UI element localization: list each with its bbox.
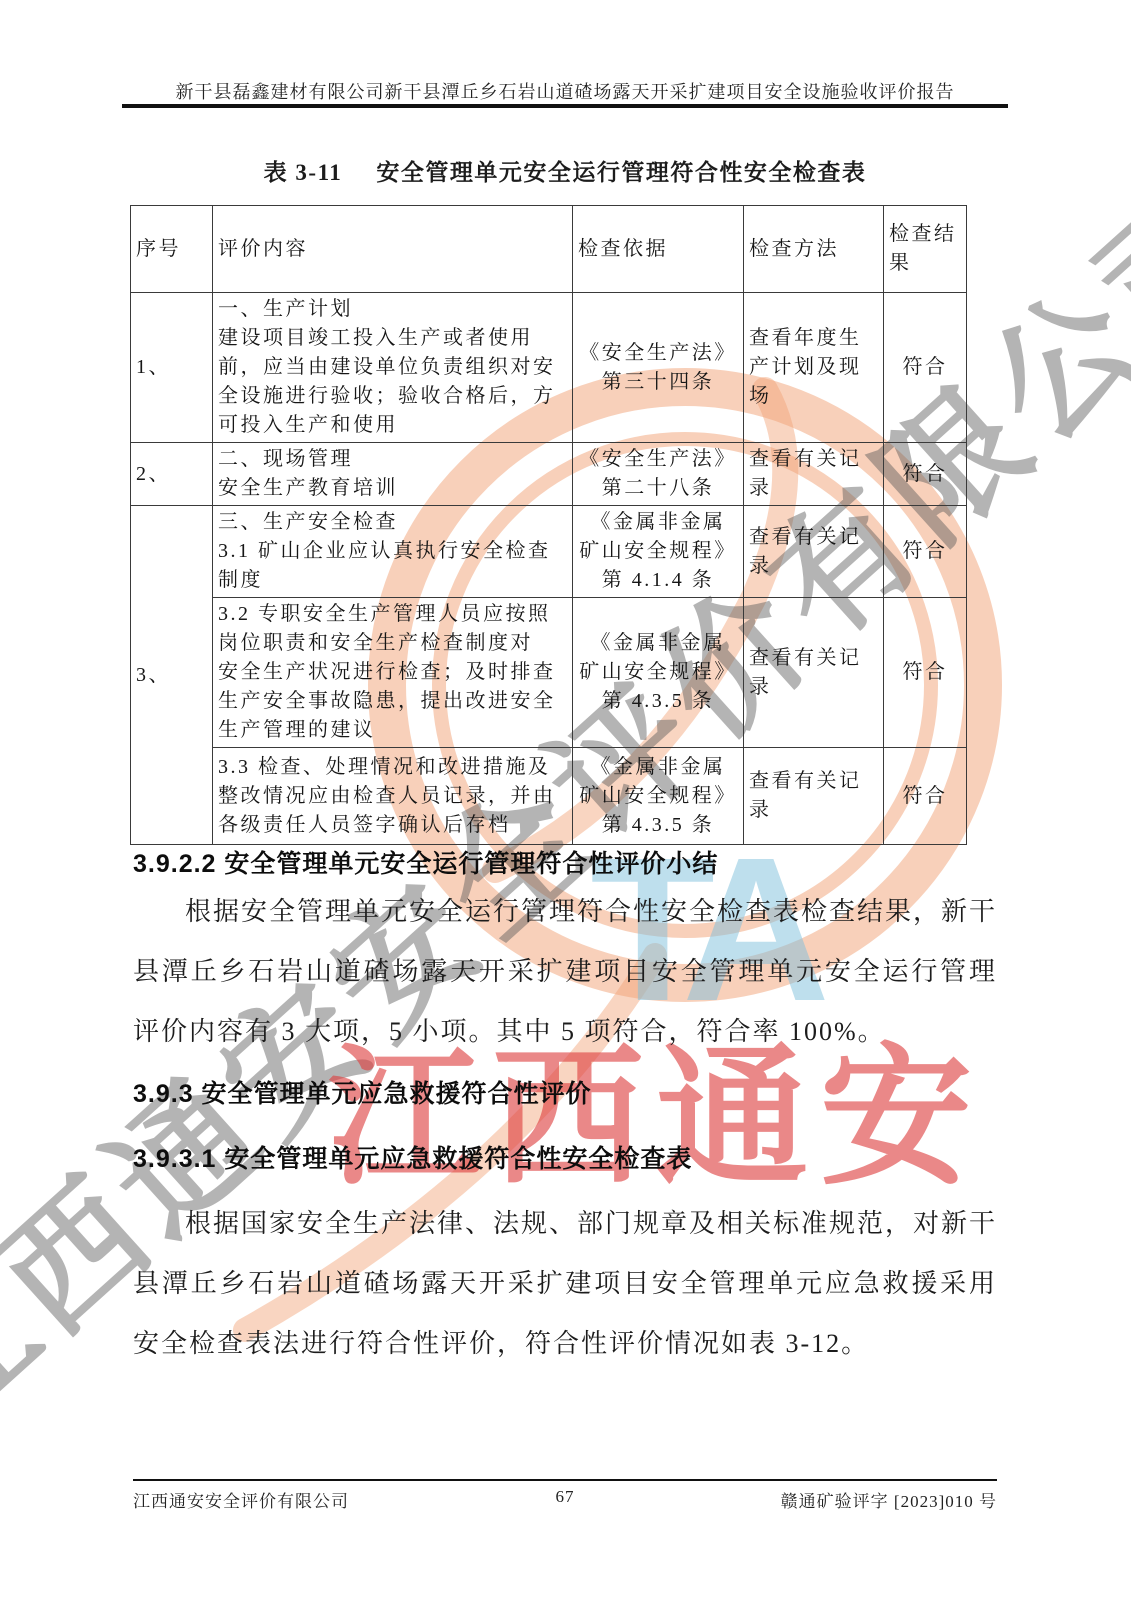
table-row: 3、三、生产安全检查 3.1 矿山企业应认真执行安全检查 制度《金属非金属 矿山… [131, 506, 967, 598]
header-row: 序号评价内容检查依据检查方法检查结果 [131, 206, 967, 293]
paragraph-line: 县潭丘乡石岩山道碴场露天开采扩建项目安全管理单元安全运行管理 [133, 942, 997, 1002]
section-heading-3-9-2-2: 3.9.2.2 安全管理单元安全运行管理符合性评价小结 [133, 844, 1013, 880]
summary-paragraph: 根据安全管理单元安全运行管理符合性安全检查表检查结果，新干县潭丘乡石岩山道碴场露… [133, 882, 997, 1062]
column-header: 检查依据 [573, 206, 744, 293]
column-header: 检查结果 [884, 206, 967, 293]
header-rule [122, 104, 1008, 109]
cell-result: 符合 [884, 506, 967, 598]
cell-serial: 1、 [131, 293, 213, 443]
paragraph-line: 评价内容有 3 大项，5 小项。其中 5 项符合，符合率 100%。 [133, 1002, 997, 1062]
cell-method: 查看有关记 录 [744, 748, 884, 845]
intro-paragraph: 根据国家安全生产法律、法规、部门规章及相关标准规范，对新干县潭丘乡石岩山道碴场露… [133, 1194, 997, 1374]
table-row: 3.2 专职安全生产管理人员应按照 岗位职责和安全生产检查制度对 安全生产状况进… [131, 598, 967, 748]
section-heading-3-9-3: 3.9.3 安全管理单元应急救援符合性评价 [133, 1074, 1013, 1110]
cell-method: 查看有关记 录 [744, 443, 884, 506]
cell-basis: 《金属非金属 矿山安全规程》 第 4.3.5 条 [573, 598, 744, 748]
table-caption-title: 安全管理单元安全运行管理符合性安全检查表 [376, 160, 866, 185]
cell-result: 符合 [884, 443, 967, 506]
cell-content: 三、生产安全检查 3.1 矿山企业应认真执行安全检查 制度 [213, 506, 573, 598]
cell-basis: 《安全生产法》 第二十八条 [573, 443, 744, 506]
cell-content: 3.3 检查、处理情况和改进措施及 整改情况应由检查人员记录，并由 各级责任人员… [213, 748, 573, 845]
safety-checklist-table: 序号评价内容检查依据检查方法检查结果 1、一、生产计划 建设项目竣工投入生产或者… [130, 205, 967, 845]
paragraph-line: 安全检查表法进行符合性评价，符合性评价情况如表 3-12。 [133, 1314, 997, 1374]
cell-result: 符合 [884, 293, 967, 443]
cell-basis: 《安全生产法》 第三十四条 [573, 293, 744, 443]
column-header: 序号 [131, 206, 213, 293]
page-content: 新干县磊鑫建材有限公司新干县潭丘乡石岩山道碴场露天开采扩建项目安全设施验收评价报… [0, 0, 1131, 1600]
cell-content: 一、生产计划 建设项目竣工投入生产或者使用 前，应当由建设单位负责组织对安 全设… [213, 293, 573, 443]
cell-serial: 2、 [131, 443, 213, 506]
column-header: 评价内容 [213, 206, 573, 293]
footer-rule [133, 1479, 997, 1481]
paragraph-line: 根据安全管理单元安全运行管理符合性安全检查表检查结果，新干 [133, 882, 997, 942]
cell-result: 符合 [884, 598, 967, 748]
page-header-title: 新干县磊鑫建材有限公司新干县潭丘乡石岩山道碴场露天开采扩建项目安全设施验收评价报… [133, 78, 997, 104]
table-row: 1、一、生产计划 建设项目竣工投入生产或者使用 前，应当由建设单位负责组织对安 … [131, 293, 967, 443]
table-caption-number: 表 3-11 [264, 160, 343, 185]
footer-doc-number: 赣通矿验评字 [2023]010 号 [781, 1487, 997, 1512]
cell-content: 二、现场管理 安全生产教育培训 [213, 443, 573, 506]
paragraph-line: 根据国家安全生产法律、法规、部门规章及相关标准规范，对新干 [133, 1194, 997, 1254]
report-page: TA 江西通安安全评价有限公司 江西通安 新干县磊鑫建材有限公司新干县潭丘乡石岩… [0, 0, 1131, 1600]
cell-method: 查看有关记 录 [744, 506, 884, 598]
cell-serial: 3、 [131, 506, 213, 845]
cell-basis: 《金属非金属 矿山安全规程》 第 4.1.4 条 [573, 506, 744, 598]
checklist-table-head: 序号评价内容检查依据检查方法检查结果 [131, 206, 967, 293]
checklist-table-body: 1、一、生产计划 建设项目竣工投入生产或者使用 前，应当由建设单位负责组织对安 … [131, 293, 967, 845]
table-caption: 表 3-11安全管理单元安全运行管理符合性安全检查表 [133, 154, 997, 187]
table-row: 3.3 检查、处理情况和改进措施及 整改情况应由检查人员记录，并由 各级责任人员… [131, 748, 967, 845]
section-heading-3-9-3-1: 3.9.3.1 安全管理单元应急救援符合性安全检查表 [133, 1139, 1013, 1175]
cell-method: 查看有关记 录 [744, 598, 884, 748]
column-header: 检查方法 [744, 206, 884, 293]
cell-result: 符合 [884, 748, 967, 845]
paragraph-line: 县潭丘乡石岩山道碴场露天开采扩建项目安全管理单元应急救援采用 [133, 1254, 997, 1314]
cell-basis: 《金属非金属 矿山安全规程》 第 4.3.5 条 [573, 748, 744, 845]
cell-content: 3.2 专职安全生产管理人员应按照 岗位职责和安全生产检查制度对 安全生产状况进… [213, 598, 573, 748]
cell-method: 查看年度生 产计划及现 场 [744, 293, 884, 443]
table-row: 2、二、现场管理 安全生产教育培训《安全生产法》 第二十八条查看有关记 录符合 [131, 443, 967, 506]
